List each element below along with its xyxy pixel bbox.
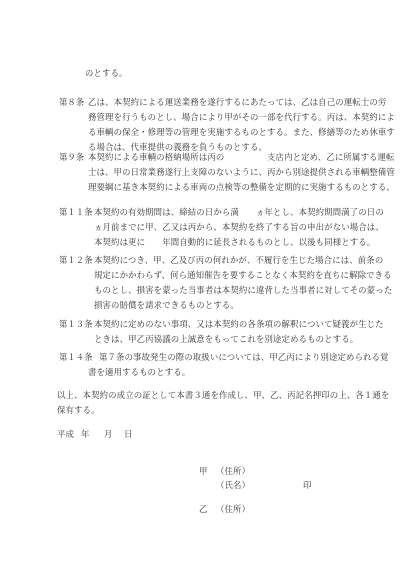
contract-page: のとする。 第８条 乙は、本契約による運送業務を遂行するにあたっては、乙は自己の… (0, 0, 410, 580)
article-line: ヵ月前までに甲、乙又は丙から、本契約を終了する旨の申出がない場合は、 (94, 220, 384, 235)
article-label: 第１３条 (59, 317, 93, 332)
party-b-address-label: （住所） (216, 502, 250, 517)
article-line: 損害の賠償を請求できるものとする。 (94, 298, 239, 313)
article-label: 第８条 (59, 95, 84, 110)
article-line: る車輌の保全・修理等の管理を実施するものとする。また、修繕等のため休車す (88, 125, 395, 140)
date-era: 平成 (57, 427, 74, 442)
date-month: 月 (104, 427, 113, 442)
date-day: 日 (124, 427, 133, 442)
party-a-label: 甲 (199, 464, 208, 479)
party-a-address-label: （住所） (216, 464, 250, 479)
article-label: 第９条 (59, 150, 84, 165)
article-line: 書を適用するものとする。 (88, 365, 190, 380)
article-line: 本契約は更に 年間自動的に延長されるものとし、以後も同様とする。 (94, 235, 375, 250)
article-line: ものとし、損害を蒙った当事者は本契約に違背した当事者に対してその蒙った (94, 283, 392, 298)
article-line: 本契約による車輌の格納場所は丙の 支店内と定め、乙に所属する運転 (88, 150, 395, 165)
article-line: 規定にかかわらず、何ら通知催告を要することなく本契約を直ちに解除できる (94, 268, 392, 283)
article-line: 乙は、本契約による運送業務を遂行するにあたっては、乙は自己の運転士の労 (88, 95, 386, 110)
date-year: 年 (81, 427, 90, 442)
article-line: ときは、甲乙丙協議の上誠意をもってこれを別途定めるものとする。 (94, 332, 358, 347)
article-line: 本契約に定めのない事項、又は本契約の各条項の解釈について疑義が生じた (94, 317, 384, 332)
article-line: 務管理を行うものとし、場合により甲がその一部を代行する。丙は、本契約によ (88, 110, 395, 125)
seal-mark: 印 (303, 478, 312, 493)
article-label: 第１２条 (59, 253, 93, 268)
article-line: 理要綱に基き本契約による車両の点検等の整備を定期的に実施するものとする。 (88, 180, 395, 195)
article-label: 第１４条 (59, 350, 93, 365)
article-line: 第７条の事故発生の際の取扱いについては、甲乙丙により別途定められる覚 (99, 350, 389, 365)
closing-line: 以上、本契約の成立の証として本書３通を作成し、甲、乙、丙記名押印の上、各１通を (57, 388, 389, 403)
article-line: 士は、甲の日常業務遂行上支障のないように、丙から別途提供される車輌整備管 (88, 165, 395, 180)
party-a-name-label: （氏名） (216, 478, 250, 493)
article-line: 本契約の有効期間は、締結の日から満 ヵ年とし、本契約期間満了の日の (94, 205, 384, 220)
continuation-text: のとする。 (85, 66, 128, 81)
party-b-label: 乙 (199, 502, 208, 517)
closing-line: 保有する。 (57, 403, 100, 418)
article-line: 本契約につき、甲、乙及び丙の何れかが、不履行を生じた場合には、前条の (94, 253, 383, 268)
article-label: 第１１条 (59, 205, 93, 220)
